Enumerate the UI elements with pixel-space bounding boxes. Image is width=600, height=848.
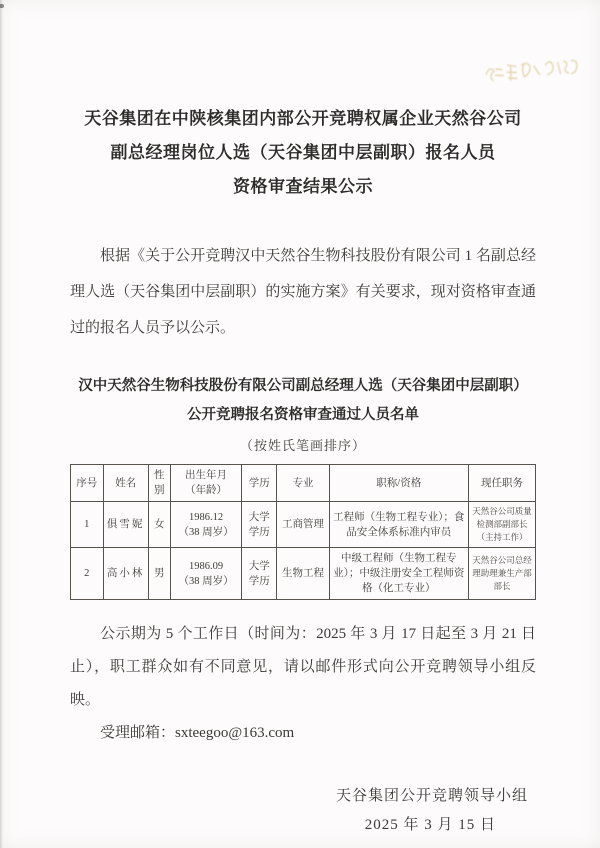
applicants-table: 序号 姓名 性 别 出生年月 （年龄） 学历 专业 职称/资格 现任职务 1 俱… (70, 464, 536, 600)
document-page: 天谷集团在中陕核集团内部公开竞聘权属企业天然谷公司 副总经理岗位人选（天谷集团中… (0, 0, 600, 848)
cell-name: 高小林 (103, 548, 148, 600)
header-position: 现任职务 (469, 465, 536, 502)
signature-date: 2025 年 3 月 15 日 (70, 813, 536, 834)
header-serial: 序号 (71, 465, 104, 502)
cell-education: 大学学历 (242, 502, 277, 548)
cell-titles: 中级工程师（生物工程专业）；中级注册安全工程师资格（化工专业） (329, 548, 469, 600)
cell-birth: 1986.09 （38 周岁） (170, 548, 241, 600)
header-birth: 出生年月 （年龄） (170, 465, 241, 502)
cell-serial: 1 (71, 502, 104, 548)
cell-education: 大学学历 (242, 548, 277, 600)
cell-gender: 女 (148, 502, 170, 548)
table-header-row: 序号 姓名 性 别 出生年月 （年龄） 学历 专业 职称/资格 现任职务 (71, 465, 536, 502)
header-education: 学历 (242, 465, 277, 502)
cell-birth: 1986.12 （38 周岁） (170, 502, 241, 548)
header-name: 姓名 (103, 465, 148, 502)
title-line-2: 副总经理岗位人选（天谷集团中层副职）报名人员 (70, 136, 536, 170)
header-titles: 职称/资格 (329, 465, 469, 502)
title-line-3: 资格审查结果公示 (70, 170, 536, 204)
cell-name: 俱雪妮 (103, 502, 148, 548)
table-row: 2 高小林 男 1986.09 （38 周岁） 大学学历 生物工程 中级工程师（… (71, 548, 536, 600)
scanned-document: { "doc": { "title_lines": [ "天谷集团在中陕核集团内… (0, 0, 600, 848)
cell-major: 生物工程 (277, 548, 329, 600)
cell-gender: 男 (148, 548, 170, 600)
roster-title-line-1: 汉中天然谷生物科技股份有限公司副总经理人选（天谷集团中层副职） (70, 372, 536, 401)
roster-title-line-2: 公开竞聘报名资格审查通过人员名单 (70, 401, 536, 430)
table-row: 1 俱雪妮 女 1986.12 （38 周岁） 大学学历 工商管理 工程师（生物… (71, 502, 536, 548)
signature: 天谷集团公开竞聘领导小组 (70, 784, 536, 805)
cell-major: 工商管理 (277, 502, 329, 548)
document-content: 天谷集团在中陕核集团内部公开竞聘权属企业天然谷公司 副总经理岗位人选（天谷集团中… (0, 0, 600, 848)
title-line-1: 天谷集团在中陕核集团内部公开竞聘权属企业天然谷公司 (70, 102, 536, 136)
closing-paragraph: 公示期为 5 个工作日（时间为：2025 年 3 月 17 日起至 3 月 21… (70, 618, 536, 717)
roster-title: 汉中天然谷生物科技股份有限公司副总经理人选（天谷集团中层副职） 公开竞聘报名资格… (70, 372, 536, 430)
header-major: 专业 (277, 465, 329, 502)
document-title: 天谷集团在中陕核集团内部公开竞聘权属企业天然谷公司 副总经理岗位人选（天谷集团中… (70, 102, 536, 204)
sort-note: （按姓氏笔画排序） (70, 435, 536, 454)
cell-serial: 2 (71, 548, 104, 600)
header-gender: 性 别 (148, 465, 170, 502)
cell-position: 天然谷公司质量检测部副部长 （主持工作） (469, 502, 536, 548)
cell-position: 天然谷公司总经理助理兼生产部部长 (469, 548, 536, 600)
email-line: 受理邮箱：sxteegoo@163.com (70, 717, 536, 750)
cell-titles: 工程师（生物工程专业）；食品安全体系标准内审员 (329, 502, 469, 548)
intro-paragraph: 根据《关于公开竞聘汉中天然谷生物科技股份有限公司 1 名副总经理人选（天谷集团中… (70, 238, 536, 346)
